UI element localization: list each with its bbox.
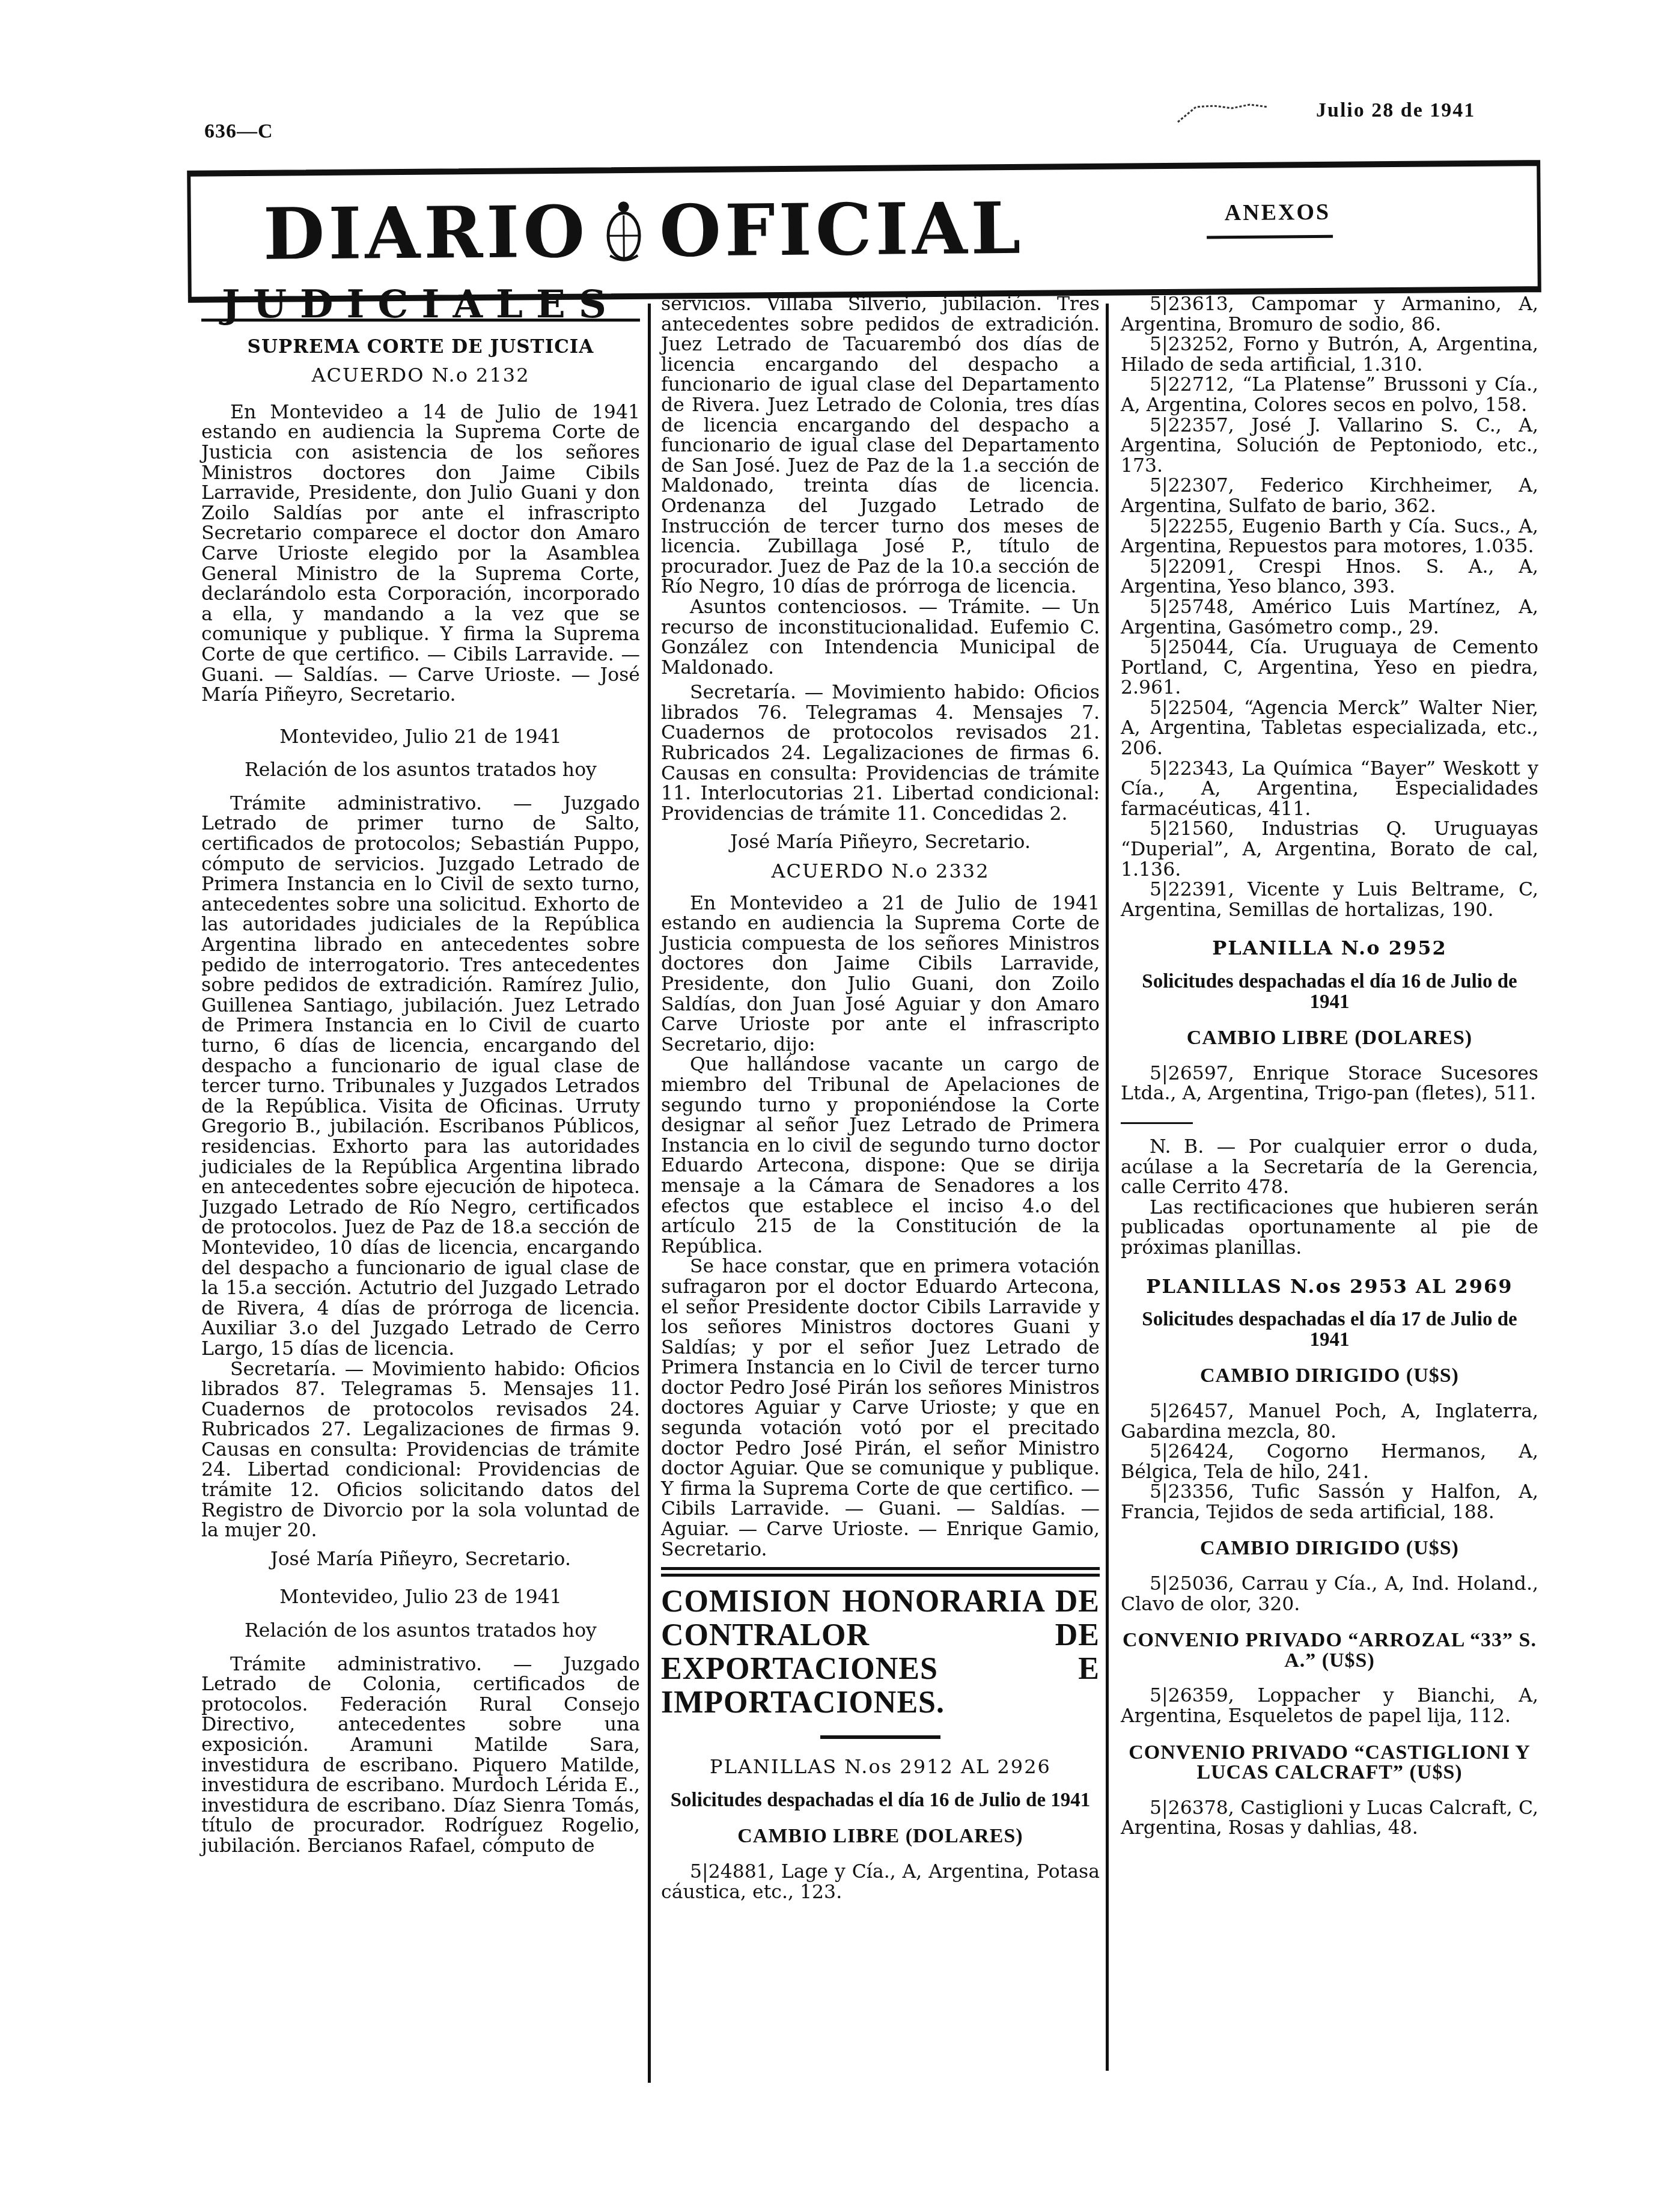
cambio-heading: CAMBIO DIRIGIDO (U$S) — [1121, 1366, 1538, 1386]
continued-paragraph: servicios. Villaba Silverio, jubilación.… — [661, 295, 1100, 597]
planillas-heading: PLANILLAS N.os 2912 AL 2926 — [661, 1757, 1100, 1777]
column-2: servicios. Villaba Silverio, jubilación.… — [661, 295, 1100, 1902]
session-paragraph: Trámite administrativo. — Juzgado Letrad… — [201, 794, 640, 1360]
session-date: Montevideo, Julio 21 de 1941 — [201, 727, 640, 748]
session-subtitle: Relación de los asuntos tratados hoy — [201, 760, 640, 781]
coat-of-arms-icon — [605, 198, 643, 264]
acuerdo-heading: ACUERDO N.o 2132 — [201, 365, 640, 386]
list-item: 5|23613, Campomar y Armanino, A, Argenti… — [1121, 295, 1538, 335]
column-divider — [648, 304, 651, 2083]
list-item: 5|26359, Loppacher y Bianchi, A, Argenti… — [1121, 1686, 1538, 1726]
solicitudes-heading: Solicitudes despachadas el día 16 de Jul… — [661, 1791, 1100, 1811]
acuerdo-paragraph: Que hallándose vacante un cargo de miemb… — [661, 1055, 1100, 1257]
short-rule — [1121, 1122, 1193, 1124]
acuerdo-paragraph: En Montevideo a 21 de Julio de 1941 esta… — [661, 894, 1100, 1056]
signature: José María Piñeyro, Secretario. — [201, 1550, 640, 1570]
acuerdo-body: En Montevideo a 14 de Julio de 1941 esta… — [201, 403, 640, 706]
planillas-heading: PLANILLAS N.os 2953 AL 2969 — [1121, 1277, 1538, 1297]
page-number: 636—C — [204, 120, 273, 143]
anexos-underline — [1207, 235, 1333, 239]
list-item: 5|22307, Federico Kirchheimer, A, Argent… — [1121, 476, 1538, 516]
section-title-judiciales: JUDICIALES — [201, 295, 640, 322]
acuerdo-heading: ACUERDO N.o 2332 — [661, 861, 1100, 882]
solicitudes-heading: Solicitudes despachadas el día 16 de Jul… — [1121, 972, 1538, 1012]
double-rule — [661, 1567, 1100, 1577]
section-label-anexos: ANEXOS — [1225, 199, 1331, 226]
column-3: 5|23613, Campomar y Armanino, A, Argenti… — [1121, 295, 1538, 1839]
list-item: 5|26424, Cogorno Hermanos, A, Bélgica, T… — [1121, 1442, 1538, 1482]
ink-stamp-icon — [1172, 101, 1292, 125]
short-rule — [820, 1735, 940, 1739]
signature: José María Piñeyro, Secretario. — [661, 833, 1100, 853]
list-item: 5|22343, La Química “Bayer” Weskott y Cí… — [1121, 759, 1538, 820]
court-heading: SUPREMA CORTE DE JUSTICIA — [201, 337, 640, 358]
cambio-heading: CAMBIO LIBRE (DOLARES) — [1121, 1028, 1538, 1048]
planilla-heading: PLANILLA N.o 2952 — [1121, 938, 1538, 959]
masthead-title: DIARIO OFICIAL — [263, 193, 1025, 270]
masthead-title-left: DIARIO — [263, 197, 589, 270]
list-item: 5|24881, Lage y Cía., A, Argentina, Pota… — [661, 1862, 1100, 1902]
cambio-heading: CAMBIO DIRIGIDO (U$S) — [1121, 1538, 1538, 1559]
session-paragraph: Trámite administrativo. — Juzgado Letrad… — [201, 1655, 640, 1857]
masthead-title-right: OFICIAL — [659, 193, 1025, 267]
list-item: 5|26457, Manuel Poch, A, Inglaterra, Gab… — [1121, 1402, 1538, 1442]
convenio-heading: CONVENIO PRIVADO “ARROZAL “33” S. A.” (U… — [1121, 1630, 1538, 1670]
nb-paragraph: N. B. — Por cualquier error o duda, acúl… — [1121, 1137, 1538, 1198]
list-item: 5|23252, Forno y Butrón, A, Argentina, H… — [1121, 335, 1538, 375]
list-item: 5|23356, Tufic Sassón y Halfon, A, Franc… — [1121, 1482, 1538, 1523]
session-date: Montevideo, Julio 23 de 1941 — [201, 1587, 640, 1608]
paragraph-contenciosos: Asuntos contenciosos. — Trámite. — Un re… — [661, 597, 1100, 678]
acuerdo-paragraph: Se hace constar, que en primera votación… — [661, 1257, 1100, 1560]
paragraph-secretaria: Secretaría. — Movimiento habido: Oficios… — [661, 683, 1100, 824]
nb-paragraph: Las rectificaciones que hubieren serán p… — [1121, 1198, 1538, 1259]
list-item: 5|26597, Enrique Storace Sucesores Ltda.… — [1121, 1064, 1538, 1104]
list-item: 5|22357, José J. Vallarino S. C., A, Arg… — [1121, 416, 1538, 477]
list-item: 5|25036, Carrau y Cía., A, Ind. Holand.,… — [1121, 1574, 1538, 1615]
page-date: Julio 28 de 1941 — [1316, 99, 1475, 122]
list-item: 5|21560, Industrias Q. Uruguayas “Duperi… — [1121, 819, 1538, 880]
session-subtitle: Relación de los asuntos tratados hoy — [201, 1621, 640, 1642]
session-paragraph: Secretaría. — Movimiento habido: Oficios… — [201, 1360, 640, 1541]
convenio-heading: CONVENIO PRIVADO “CASTIGLIONI Y LUCAS CA… — [1121, 1743, 1538, 1783]
column-1: JUDICIALES SUPREMA CORTE DE JUSTICIA ACU… — [201, 295, 640, 1857]
list-item: 5|22255, Eugenio Barth y Cía. Sucs., A, … — [1121, 517, 1538, 557]
list-item: 5|22091, Crespi Hnos. S. A., A, Argentin… — [1121, 557, 1538, 597]
list-item: 5|22391, Vicente y Luis Beltrame, C, Arg… — [1121, 880, 1538, 920]
list-item: 5|22504, “Agencia Merck” Walter Nier, A,… — [1121, 698, 1538, 759]
column-divider — [1106, 304, 1109, 2071]
list-item: 5|25748, Américo Luis Martínez, A, Argen… — [1121, 597, 1538, 638]
list-item: 5|25044, Cía. Uruguaya de Cemento Portla… — [1121, 638, 1538, 698]
comision-heading: COMISION HONORARIA DE CONTRALOR DE EXPOR… — [661, 1585, 1100, 1720]
list-item: 5|22712, “La Platense” Brussoni y Cía., … — [1121, 375, 1538, 415]
solicitudes-heading: Solicitudes despachadas el día 17 de Jul… — [1121, 1310, 1538, 1350]
cambio-heading: CAMBIO LIBRE (DOLARES) — [661, 1826, 1100, 1847]
list-item: 5|26378, Castiglioni y Lucas Calcraft, C… — [1121, 1798, 1538, 1839]
